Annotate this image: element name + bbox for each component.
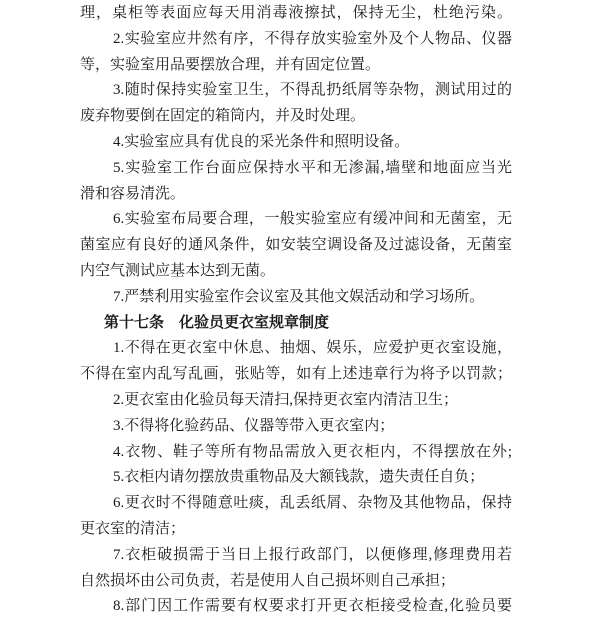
text-line: 自然损坏由公司负责，若是使用人自己损坏则自己承担；: [80, 569, 512, 595]
text-line: 7.严禁利用实验室作会议室及其他文娱活动和学习场所。: [80, 285, 512, 311]
text-line: 更衣室的清洁；: [80, 517, 512, 543]
text-line: 6.实验室布局要合理，一般实验室应有缓冲间和无菌室，无: [80, 207, 512, 233]
text-line: 3.随时保持实验室卫生，不得乱扔纸屑等杂物，测试用过的: [80, 78, 512, 104]
text-line: 内空气测试应基本达到无菌。: [80, 259, 512, 285]
text-line: 5.衣柜内请勿摆放贵重物品及大额钱款，遗失责任自负；: [80, 465, 512, 491]
text-line: 5.实验室工作台面应保持水平和无渗漏,墙壁和地面应当光: [80, 156, 512, 182]
text-line: 7.衣柜破损需于当日上报行政部门，以便修理,修理费用若: [80, 543, 512, 569]
text-line: 4.衣物、鞋子等所有物品需放入更衣柜内，不得摆放在外;: [80, 440, 512, 466]
text-line: 2.更衣室由化验员每天清扫,保持更衣室内清洁卫生；: [80, 388, 512, 414]
text-line: 2.实验室应井然有序，不得存放实验室外及个人物品、仪器: [80, 27, 512, 53]
text-line: 4.实验室应具有优良的采光条件和照明设备。: [80, 130, 512, 156]
text-line: 废弃物要倒在固定的箱筒内，并及时处理。: [80, 104, 512, 130]
text-line: 8.部门因工作需要有权要求打开更衣柜接受检查,化验员要: [80, 594, 512, 620]
document-body: 理，桌柜等表面应每天用消毒液擦拭，保持无尘，杜绝污染。2.实验室应井然有序，不得…: [80, 1, 512, 620]
document-page: 理，桌柜等表面应每天用消毒液擦拭，保持无尘，杜绝污染。2.实验室应井然有序，不得…: [0, 0, 590, 621]
text-line: 等，实验室用品要摆放合理，并有固定位置。: [80, 53, 512, 79]
text-line: 不得在室内乱写乱画，张贴等，如有上述违章行为将予以罚款；: [80, 362, 512, 388]
text-line: 1.不得在更衣室中休息、抽烟、娱乐，应爱护更衣室设施，: [80, 336, 512, 362]
text-line: 理，桌柜等表面应每天用消毒液擦拭，保持无尘，杜绝污染。: [80, 1, 512, 27]
text-line: 6.更衣时不得随意吐痰，乱丢纸屑、杂物及其他物品，保持: [80, 491, 512, 517]
text-line: 滑和容易清洗。: [80, 182, 512, 208]
text-line: 3.不得将化验药品、仪器等带入更衣室内；: [80, 414, 512, 440]
section-heading: 第十七条 化验员更衣室规章制度: [80, 311, 512, 337]
text-line: 菌室应有良好的通风条件，如安装空调设备及过滤设备，无菌室: [80, 233, 512, 259]
